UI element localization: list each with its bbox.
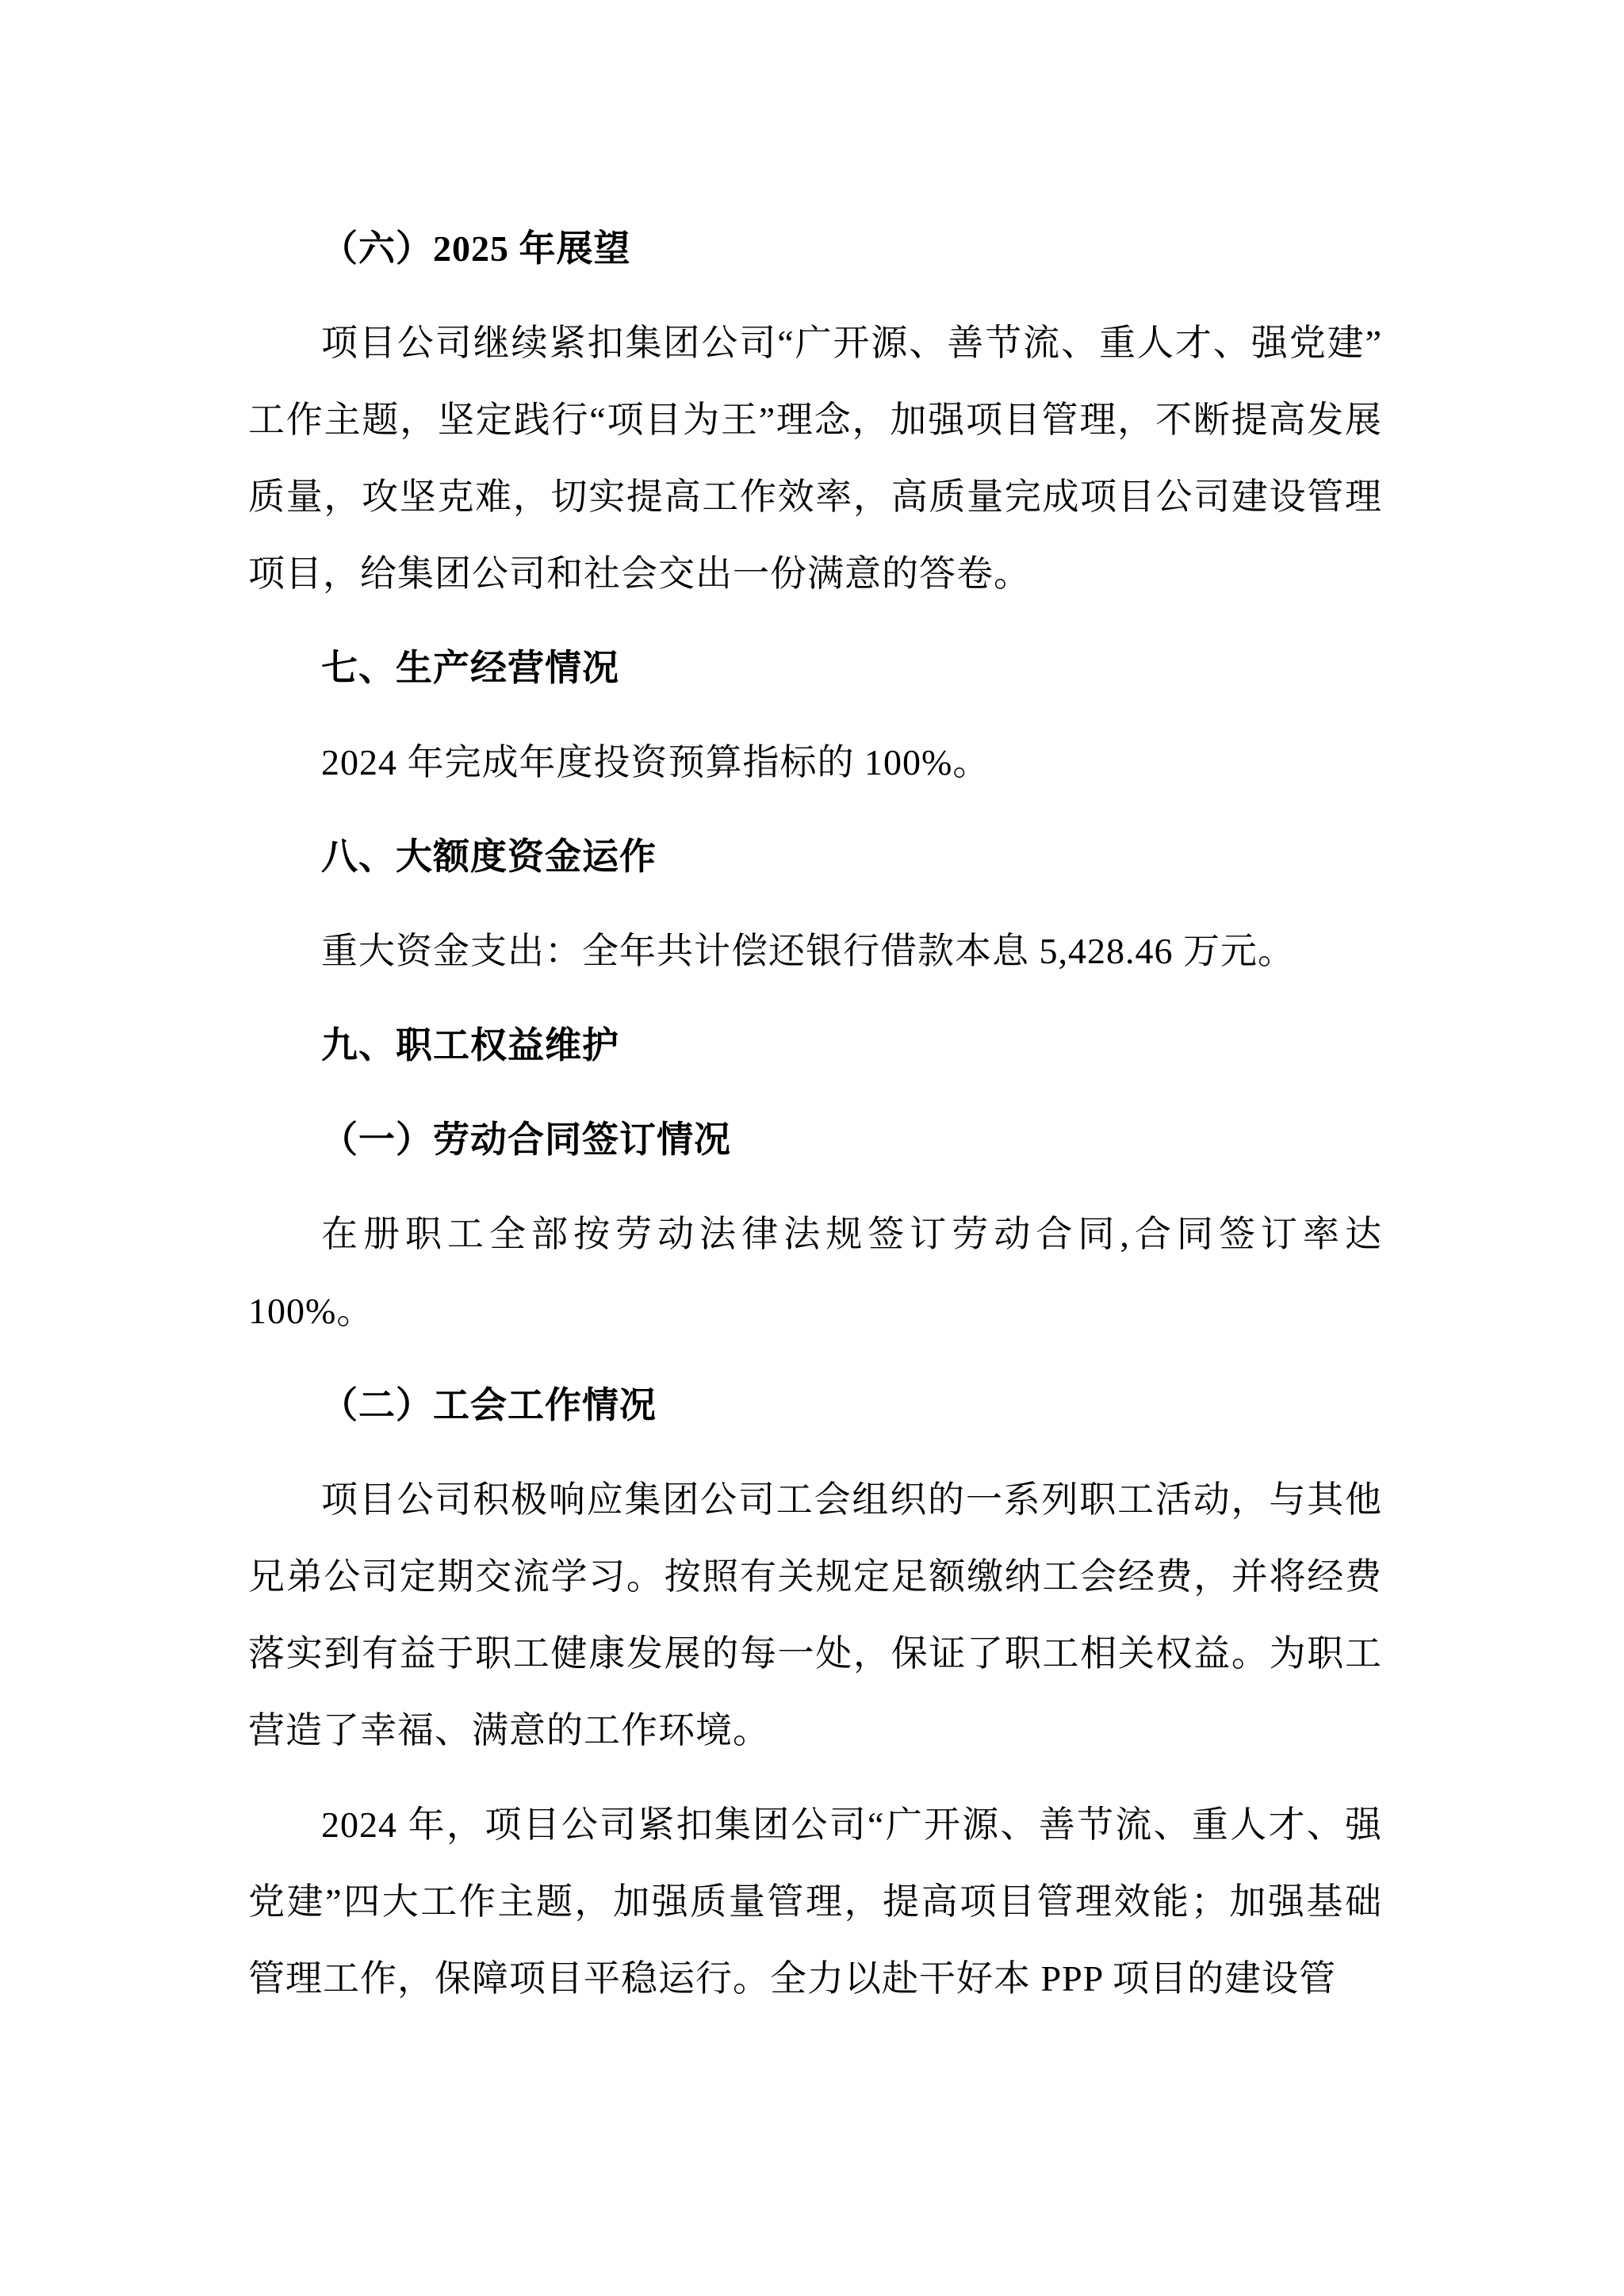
para-2025-outlook: 项目公司继续紧扣集团公司“广开源、善节流、重人才、强党建”工作主题，坚定践行“项… <box>248 304 1382 612</box>
heading-large-fund-operations: 八、大额度资金运作 <box>248 818 1382 895</box>
document-page: （六）2025 年展望 项目公司继续紧扣集团公司“广开源、善节流、重人才、强党建… <box>0 0 1624 2296</box>
para-production-operations: 2024 年完成年度投资预算指标的 100%。 <box>248 724 1382 801</box>
heading-production-operations: 七、生产经营情况 <box>248 629 1382 706</box>
para-labor-contracts: 在册职工全部按劳动法律法规签订劳动合同,合同签订率达 100%。 <box>248 1196 1382 1349</box>
heading-union-work: （二）工会工作情况 <box>248 1367 1382 1444</box>
para-union-work-themes: 2024 年，项目公司紧扣集团公司“广开源、善节流、重人才、强党建”四大工作主题… <box>248 1786 1382 2017</box>
para-large-fund-operations: 重大资金支出：全年共计偿还银行借款本息 5,428.46 万元。 <box>248 913 1382 989</box>
heading-2025-outlook: （六）2025 年展望 <box>248 210 1382 287</box>
heading-labor-contracts: （一）劳动合同签订情况 <box>248 1101 1382 1178</box>
heading-employee-rights: 九、职工权益维护 <box>248 1007 1382 1084</box>
para-union-work-activities: 项目公司积极响应集团公司工会组织的一系列职工活动，与其他兄弟公司定期交流学习。按… <box>248 1461 1382 1769</box>
